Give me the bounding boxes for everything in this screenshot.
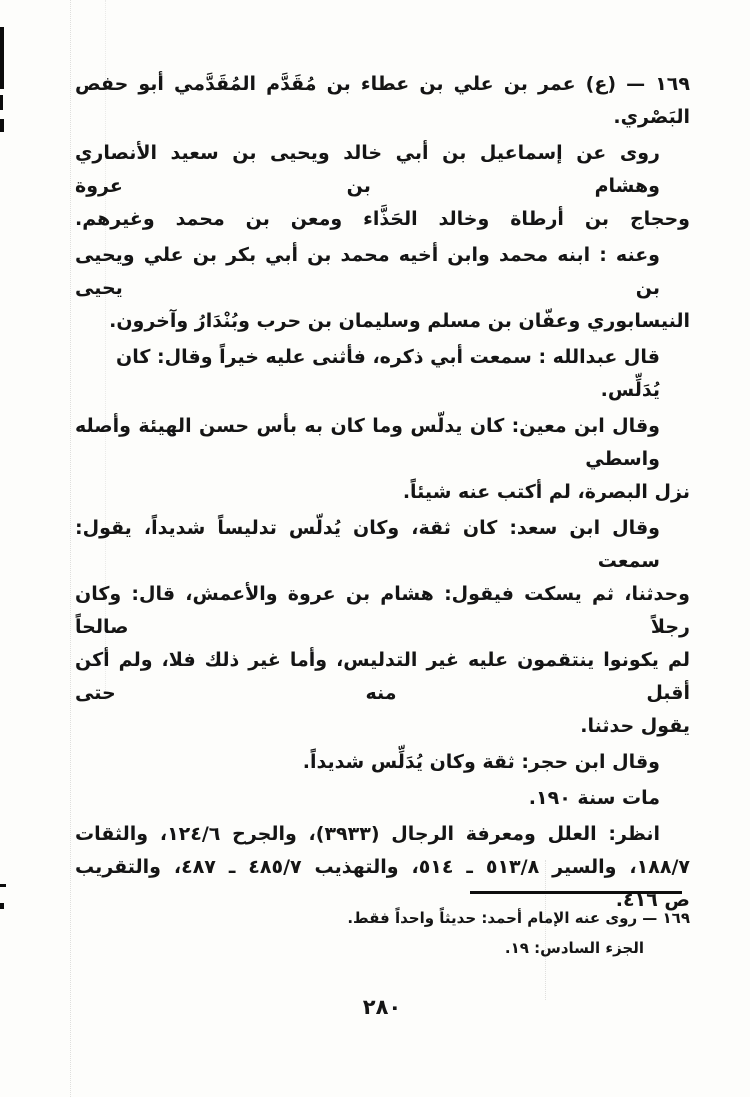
footnote-line: ١٦٩ — روى عنه الإمام أحمد: حديثاً واحداً… [320, 903, 690, 933]
scan-artifact [0, 95, 3, 110]
scanned-page: ١٦٩ — (ع) عمر بن علي بن عطاء بن مُقَدَّم… [0, 0, 750, 1097]
entry-text-line: وحجاج بن أرطاة وخالد الحَذَّاء ومعن بن م… [75, 203, 690, 236]
footnote: ١٦٩ — روى عنه الإمام أحمد: حديثاً واحداً… [320, 903, 690, 963]
entry-text-line: لم يكونوا ينتقمون عليه غير التدليس، وأما… [75, 644, 690, 710]
entry-text-line: نزل البصرة، لم أكتب عنه شيئاً. [75, 476, 690, 509]
entry-text-line: ١٦٩ — (ع) عمر بن علي بن عطاء بن مُقَدَّم… [75, 68, 690, 134]
scan-artifact [0, 884, 6, 887]
entry-text-line: النيسابوري وعفّان بن مسلم وسليمان بن حرب… [75, 305, 690, 338]
footnote-line: الجزء السادس: ١٩. [320, 933, 690, 963]
entry-text-line: انظر: العلل ومعرفة الرجال (٣٩٣٣)، والجرح… [75, 818, 690, 851]
page-number: ٢٨٠ [352, 995, 412, 1019]
entry-text-line: وحدثنا، ثم يسكت فيقول: هشام بن عروة والأ… [75, 578, 690, 644]
scan-fold-line [70, 0, 71, 1097]
footnote-divider [470, 891, 682, 894]
entry-text-line: وقال ابن حجر: ثقة وكان يُدَلِّس شديداً. [75, 746, 690, 779]
entry-text-line: ١٨٨/٧، والسير ٥١٣/٨ ـ ٥١٤، والتهذيب ٤٨٥/… [75, 851, 690, 884]
entry-text-line: قال عبدالله : سمعت أبي ذكره، فأثنى عليه … [75, 341, 690, 407]
scan-artifact [0, 119, 4, 132]
scan-artifact [0, 27, 4, 89]
entry-text-line: وقال ابن سعد: كان ثقة، وكان يُدلّس تدليس… [75, 512, 690, 578]
entry-text-line: يقول حدثنا. [75, 710, 690, 743]
entry-text-line: وعنه : ابنه محمد وابن أخيه محمد بن أبي ب… [75, 239, 690, 305]
entry-text-line: مات سنة ١٩٠. [75, 782, 690, 815]
entry-text-line: وقال ابن معين: كان يدلّس وما كان به بأس … [75, 410, 690, 476]
entry-text-line: روى عن إسماعيل بن أبي خالد ويحيى بن سعيد… [75, 137, 690, 203]
scan-artifact [0, 903, 4, 909]
entry-text: ١٦٩ — (ع) عمر بن علي بن عطاء بن مُقَدَّم… [75, 68, 690, 917]
